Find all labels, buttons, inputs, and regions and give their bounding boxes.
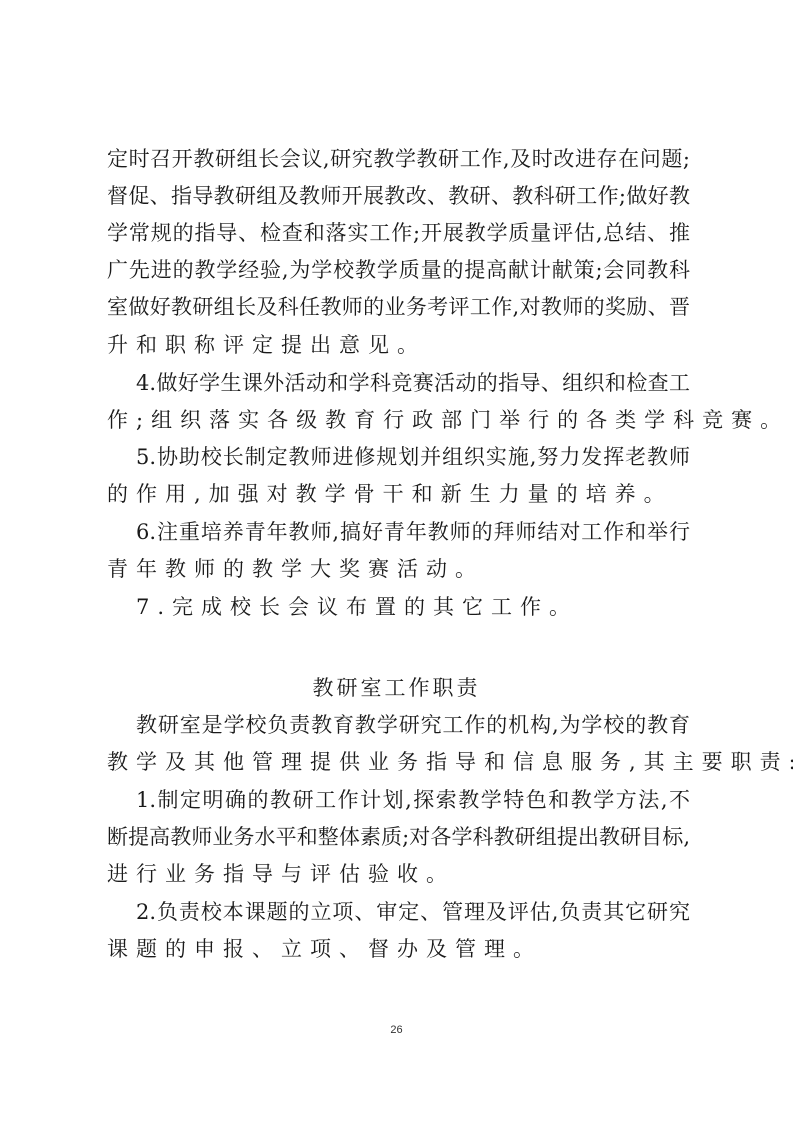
text-line: 5.协助校长制定教师进修规划并组织实施,努力发挥老教师 (136, 442, 690, 472)
text-line: 进行业务指导与评估验收。 (107, 859, 690, 889)
text-line: 教研室是学校负责教育教学研究工作的机构,为学校的教育 (136, 710, 690, 740)
text-line: 督促、指导教研组及教师开展教改、教研、教科研工作;做好教 (107, 181, 690, 211)
page-number: 26 (0, 1024, 793, 1036)
text-line: 的作用,加强对教学骨干和新生力量的培养。 (107, 479, 690, 509)
text-line: 断提高教师业务水平和整体素质;对各学科教研组提出教研目标, (107, 822, 690, 852)
text-line: 6.注重培养青年教师,搞好青年教师的拜师结对工作和举行 (136, 517, 690, 547)
text-line: 广先进的教学经验,为学校教学质量的提高献计献策;会同教科 (107, 255, 690, 285)
text-line: 青年教师的教学大奖赛活动。 (107, 554, 690, 584)
text-line: 室做好教研组长及科任教师的业务考评工作,对教师的奖励、晋 (107, 292, 690, 322)
text-line: 升和职称评定提出意见。 (107, 330, 690, 360)
text-line: 定时召开教研组长会议,研究教学教研工作,及时改进存在问题; (107, 144, 690, 174)
text-line: 作;组织落实各级教育行政部门举行的各类学科竞赛。 (107, 405, 690, 435)
text-line: 教学及其他管理提供业务指导和信息服务,其主要职责: (107, 747, 690, 777)
text-line: 2.负责校本课题的立项、审定、管理及评估,负责其它研究 (136, 897, 690, 927)
section-title: 教研室工作职责 (0, 673, 793, 703)
text-line: 课题的申报、立项、督办及管理。 (107, 934, 690, 964)
text-line: 学常规的指导、检查和落实工作;开展教学质量评估,总结、推 (107, 218, 690, 248)
document-page: 定时召开教研组长会议,研究教学教研工作,及时改进存在问题; 督促、指导教研组及教… (0, 0, 793, 1122)
text-line: 1.制定明确的教研工作计划,探索教学特色和教学方法,不 (136, 785, 690, 815)
text-line: 7.完成校长会议布置的其它工作。 (136, 592, 690, 622)
text-line: 4.做好学生课外活动和学科竞赛活动的指导、组织和检查工 (136, 368, 690, 398)
